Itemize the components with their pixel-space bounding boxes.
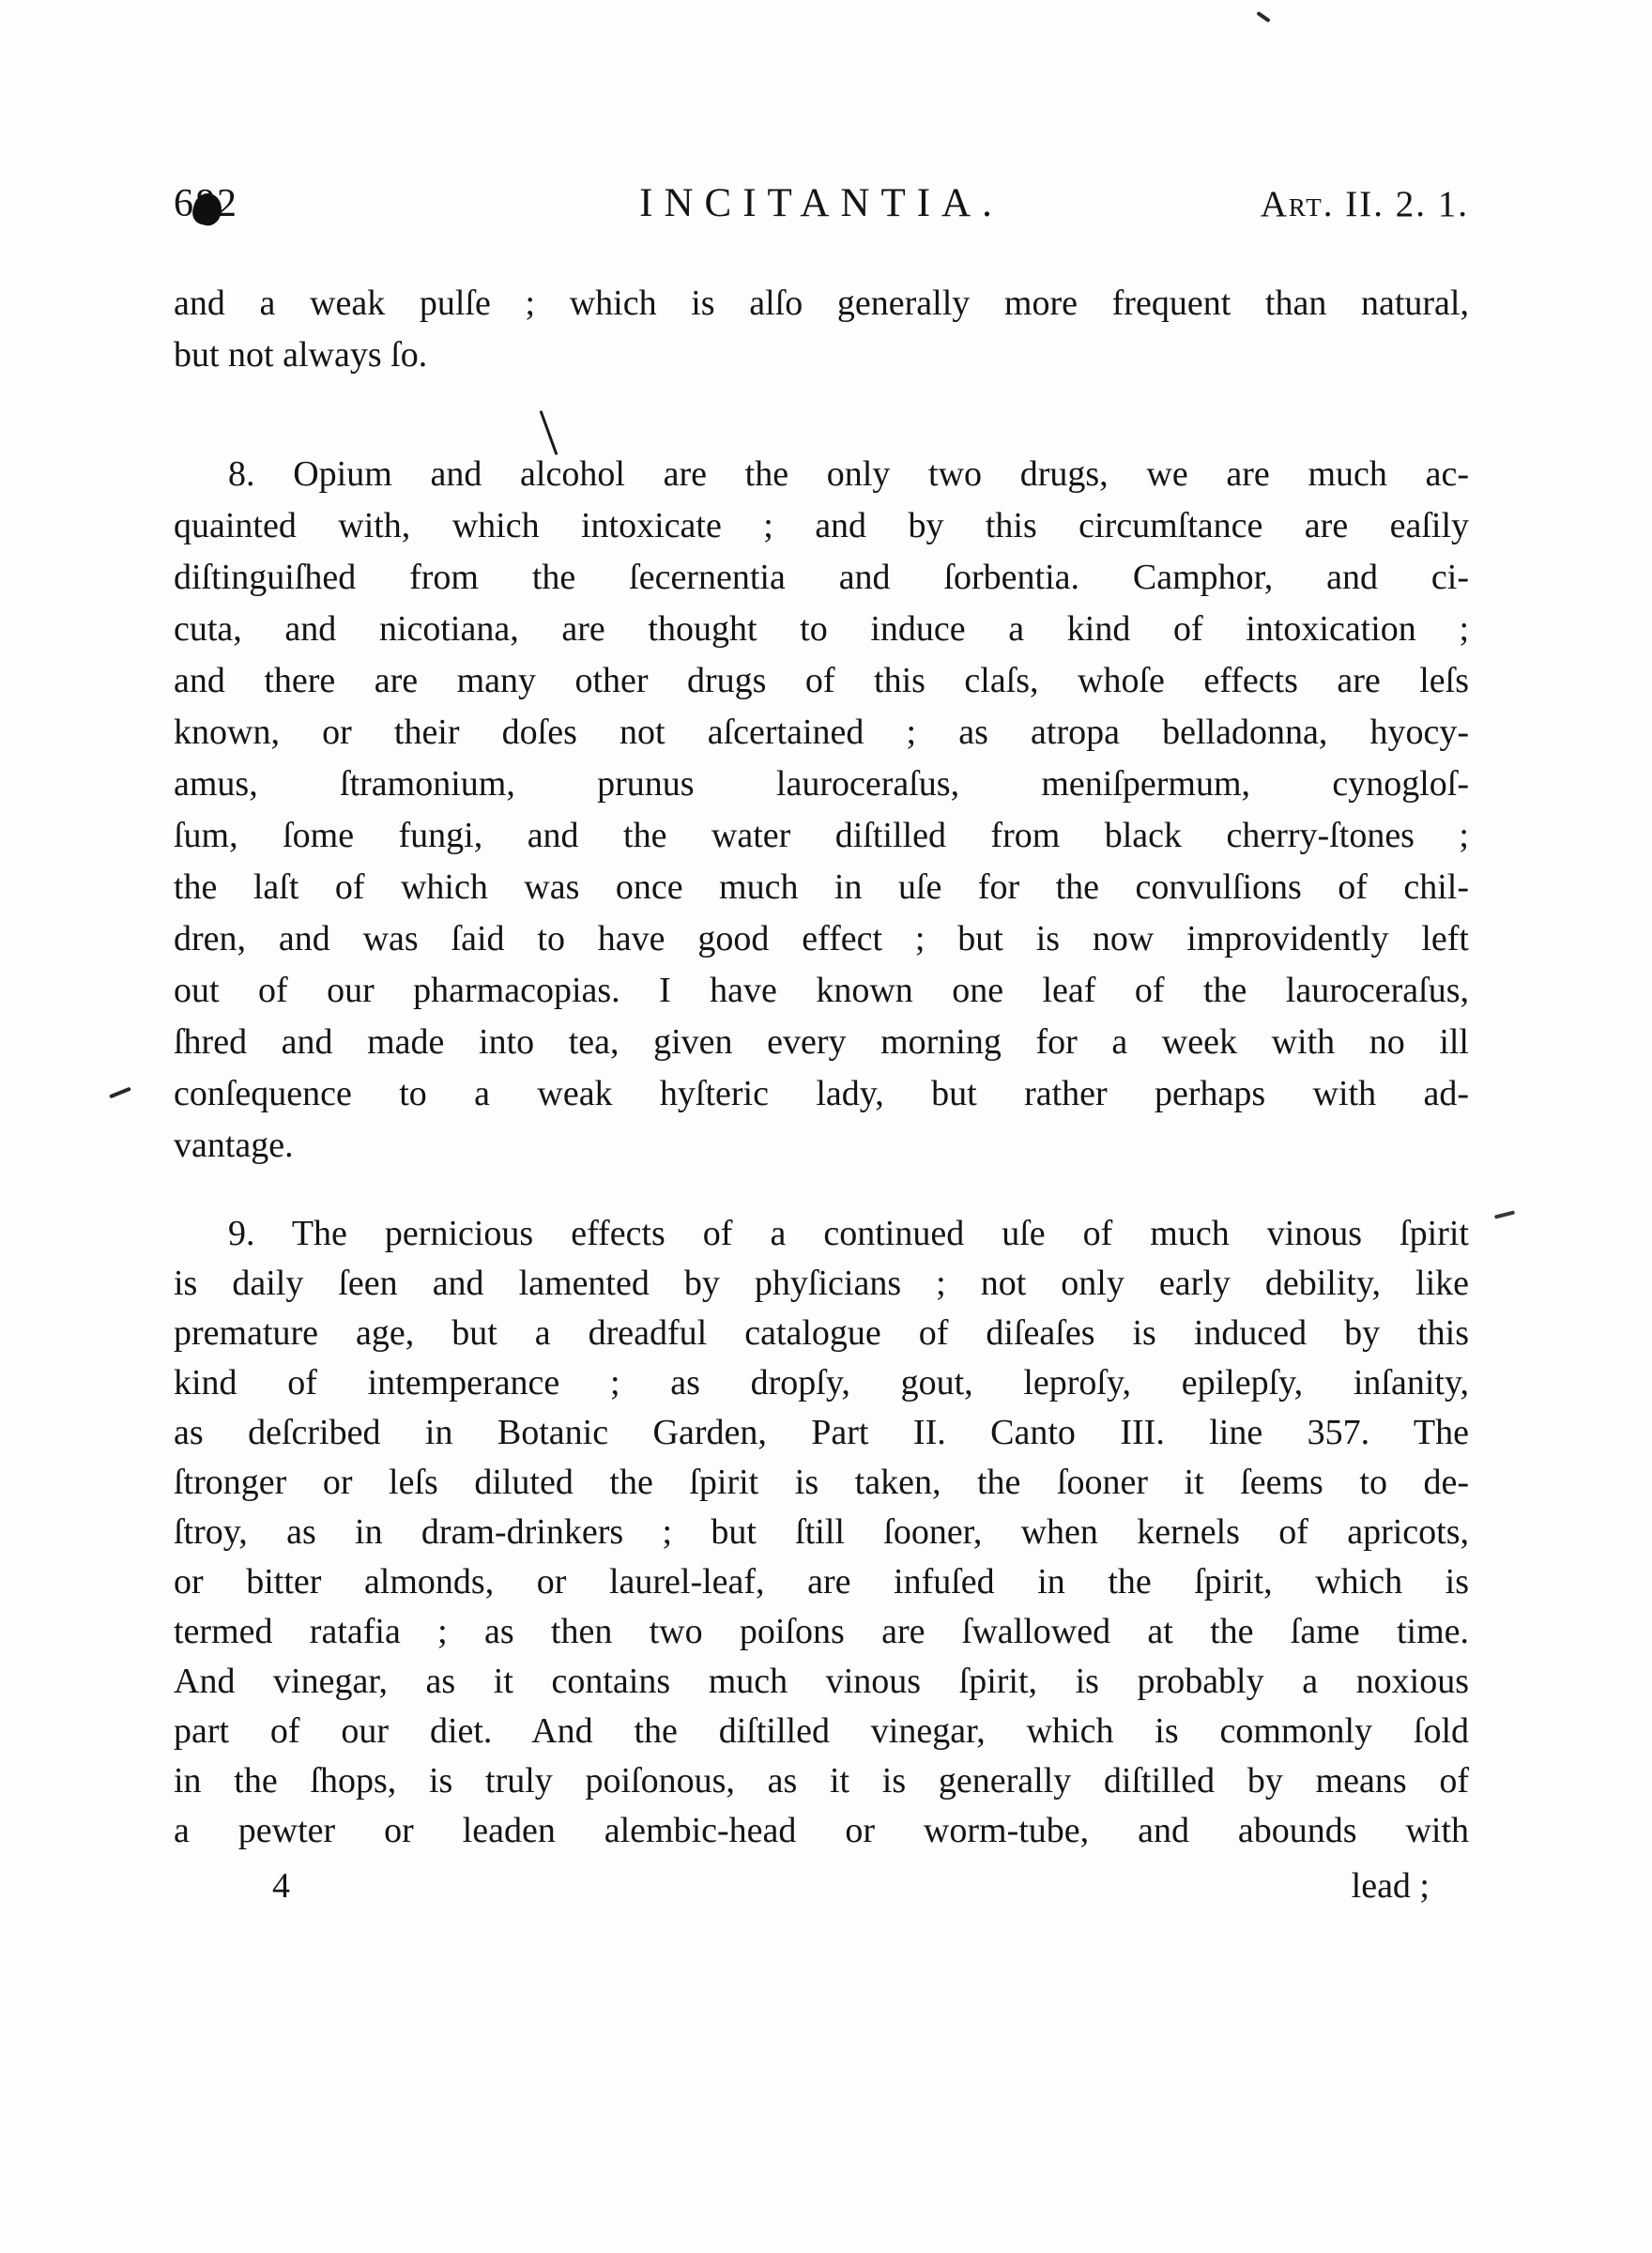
text-line: a pewter or leaden alembic-head or worm-… [174,1806,1469,1856]
text-line: vantage. [174,1120,1469,1172]
catchword: lead ; [1352,1861,1430,1912]
text-line: conſequence to a weak hyſteric lady, but… [174,1068,1469,1120]
text-line: 8. Opium and alcohol are the only two dr… [174,449,1469,500]
text-line: amus, ſtramonium, prunus lauroceraſus, m… [174,759,1469,810]
text-line: cuta, and nicotiana, are thought to indu… [174,604,1469,655]
text-line: ſhred and made into tea, given every mor… [174,1017,1469,1068]
signature-mark: 4 [272,1861,290,1912]
text-line: ſum, ſome fungi, and the water diſtilled… [174,810,1469,862]
text-line: diſtinguiſhed from the ſecernentia and ſ… [174,552,1469,604]
text-line: but not always ſo. [174,330,1469,381]
text-line: ſtroy, as in dram-drinkers ; but ſtill ſ… [174,1508,1469,1557]
text-line: as deſcribed in Botanic Garden, Part II.… [174,1408,1469,1458]
text-line: termed ratafia ; as then two poiſons are… [174,1607,1469,1657]
paragraph-continuation: and a weak pulſe ; which is alſo general… [174,278,1469,381]
text-line: ſtronger or leſs diluted the ſpirit is t… [174,1458,1469,1508]
running-title: INCITANTIA. [459,180,1185,226]
text-line: out of our pharmacopias. I have known on… [174,965,1469,1017]
text-line: is daily ſeen and lamented by phyſicians… [174,1259,1469,1309]
stray-mark-top [1256,11,1270,23]
text-line: and there are many other drugs of this c… [174,655,1469,707]
text-line: part of our diet. And the diſtilled vine… [174,1707,1469,1756]
text-line: premature age, but a dreadful catalogue … [174,1309,1469,1358]
paragraph-9-vinous-spirit: 9. The pernicious effects of a continued… [174,1209,1469,1856]
page-header: 682 INCITANTIA. Art. II. 2. 1. [174,180,1469,226]
text-line: dren, and was ſaid to have good effect ;… [174,913,1469,965]
text-line: in the ſhops, is truly poiſonous, as it … [174,1756,1469,1806]
text-line: and a weak pulſe ; which is alſo general… [174,278,1469,330]
text-line: And vinegar, as it contains much vinous … [174,1657,1469,1707]
stray-mark-right-margin [1494,1210,1515,1218]
foot-line: 4 lead ; [174,1861,1469,1912]
text-line: known, or their doſes not aſcertained ; … [174,707,1469,759]
text-line: kind of intemperance ; as dropſy, gout, … [174,1358,1469,1408]
text-line: 9. The pernicious effects of a continued… [174,1209,1469,1259]
text-line: or bitter almonds, or laurel-leaf, are i… [174,1557,1469,1607]
article-reference: Art. II. 2. 1. [1184,183,1469,225]
book-page-scan: 682 INCITANTIA. Art. II. 2. 1. and a wea… [0,0,1652,2253]
text-line: quainted with, which intoxicate ; and by… [174,500,1469,552]
paragraph-8-opium-alcohol: 8. Opium and alcohol are the only two dr… [174,449,1469,1172]
text-line: the laſt of which was once much in uſe f… [174,862,1469,913]
stray-mark-left-margin [109,1087,131,1099]
